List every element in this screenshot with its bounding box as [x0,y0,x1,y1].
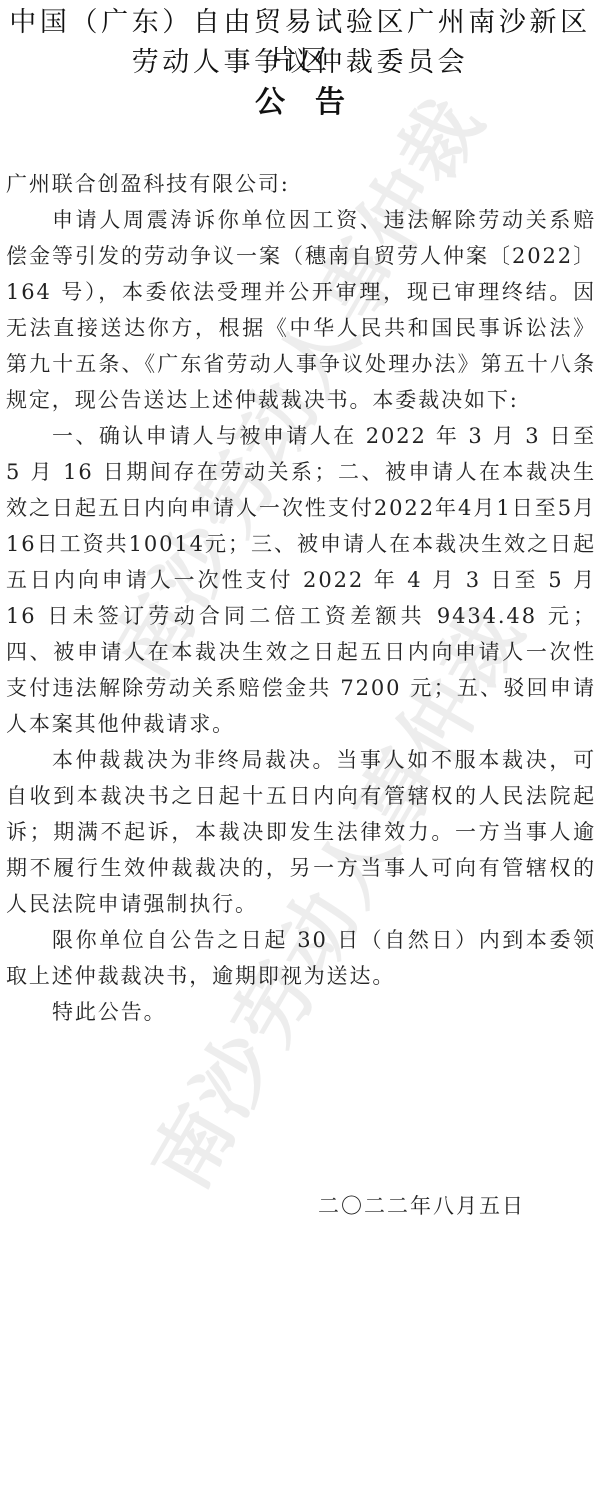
notice-body: 广州联合创盈科技有限公司: 申请人周震涛诉你单位因工资、违法解除劳动关系赔偿金等… [6,166,596,1030]
paragraph-case-summary: 申请人周震涛诉你单位因工资、违法解除劳动关系赔偿金等引发的劳动争议一案（穗南自贸… [6,202,596,418]
paragraph-collection-deadline: 限你单位自公告之日起 30 日（自然日）内到本委领取上述仲裁裁决书，逾期即视为送… [6,922,596,994]
paragraph-ruling: 一、确认申请人与被申请人在 2022 年 3 月 3 日至 5 月 16 日期间… [6,418,596,742]
notice-document: 南沙劳动人事仲裁 南沙劳动人事仲裁 中国（广东）自由贸易试验区广州南沙新区片区 … [0,0,600,1500]
paragraph-appeal-notice: 本仲裁裁决为非终局裁决。当事人如不服本裁决，可自收到本裁决书之日起十五日内向有管… [6,742,596,922]
issue-date: 二〇二二年八月五日 [318,1190,525,1220]
addressee: 广州联合创盈科技有限公司: [6,166,596,202]
paragraph-closing: 特此公告。 [6,994,596,1030]
issuer-title-line-2: 劳动人事争议仲裁委员会 [0,44,600,82]
notice-heading: 公告 [0,84,600,122]
